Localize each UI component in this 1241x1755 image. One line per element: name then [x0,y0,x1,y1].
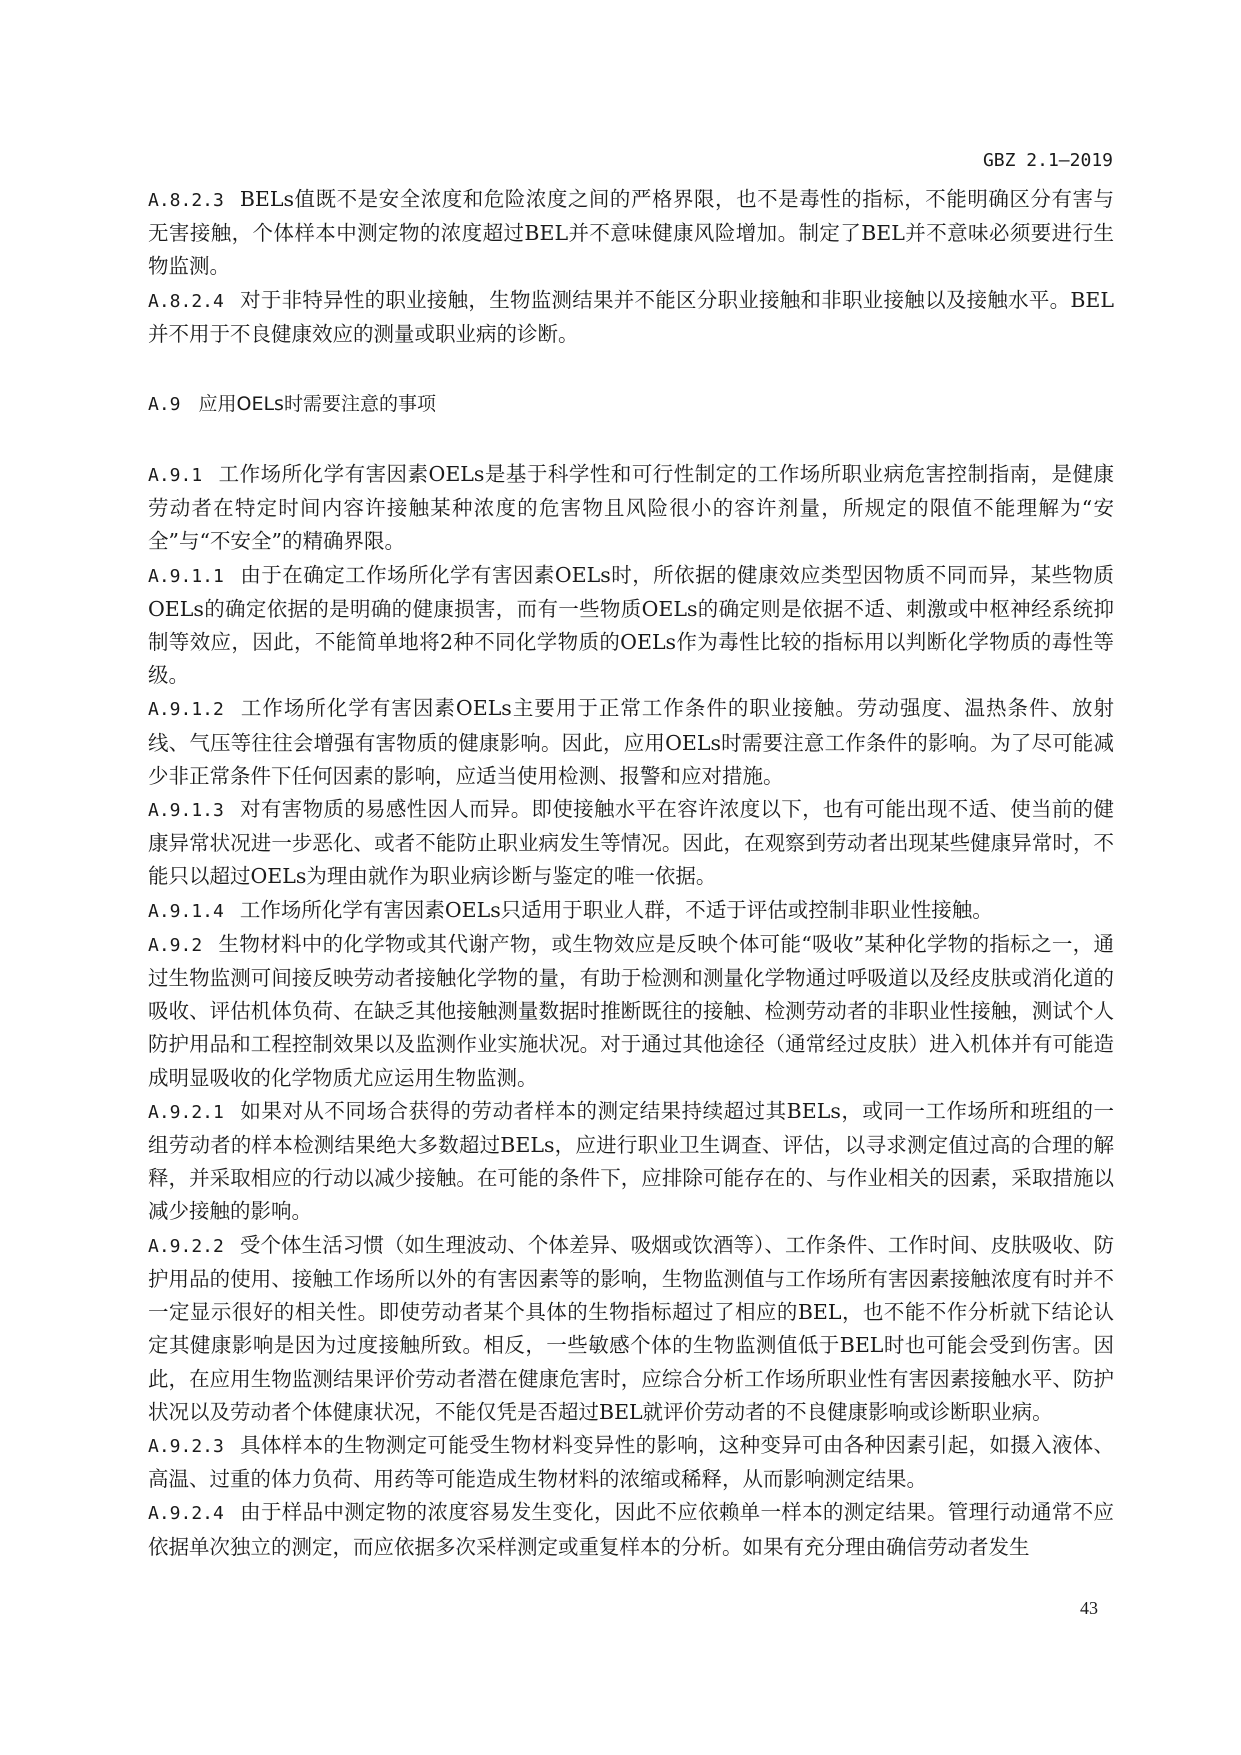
clause-number: A.9.2.4 [148,1503,224,1524]
paragraph-a912: A.9.1.2工作场所化学有害因素OELs主要用于正常工作条件的职业接触。劳动强… [148,692,1114,793]
section-title: 应用OELs时需要注意的事项 [199,393,436,415]
paragraph-a923: A.9.2.3具体样本的生物测定可能受生物材料变异性的影响，这种变异可由各种因素… [148,1429,1114,1496]
clause-number: A.9.2 [148,935,202,956]
clause-text: 具体样本的生物测定可能受生物材料变异性的影响，这种变异可由各种因素引起，如摄入液… [148,1433,1114,1491]
clause-text: 由于样品中测定物的浓度容易发生变化，因此不应依赖单一样本的测定结果。管理行动通常… [148,1500,1114,1558]
clause-number: A.9.1.1 [148,566,224,587]
clause-number: A.9.2.1 [148,1102,224,1123]
paragraph-a913: A.9.1.3对有害物质的易感性因人而异。即使接触水平在容许浓度以下，也有可能出… [148,793,1114,894]
clause-text: 受个体生活习惯（如生理波动、个体差异、吸烟或饮酒等）、工作条件、工作时间、皮肤吸… [148,1233,1114,1424]
clause-number: A.8.2.4 [148,291,224,312]
clause-text: 对于非特异性的职业接触，生物监测结果并不能区分职业接触和非职业接触以及接触水平。… [148,288,1114,346]
clause-number: A.9.1.4 [148,901,224,922]
paragraph-a911: A.9.1.1由于在确定工作场所化学有害因素OELs时，所依据的健康效应类型因物… [148,559,1114,693]
clause-number: A.9.1 [148,465,202,486]
clause-text: 生物材料中的化学物或其代谢产物，或生物效应是反映个体可能“吸收”某种化学物的指标… [148,932,1114,1090]
paragraph-a91: A.9.1工作场所化学有害因素OELs是基于科学性和可行性制定的工作场所职业病危… [148,458,1114,559]
paragraph-a921: A.9.2.1如果对从不同场合获得的劳动者样本的测定结果持续超过其BELs，或同… [148,1095,1114,1229]
clause-number: A.9.1.2 [148,699,224,720]
clause-text: 对有害物质的易感性因人而异。即使接触水平在容许浓度以下，也有可能出现不适、使当前… [148,797,1114,888]
clause-number: A.9.2.3 [148,1436,224,1457]
standard-code-header: GBZ 2.1—2019 [983,150,1113,171]
section-heading: A.9应用OELs时需要注意的事项 [148,388,1114,421]
paragraph-a922: A.9.2.2受个体生活习惯（如生理波动、个体差异、吸烟或饮酒等）、工作条件、工… [148,1229,1114,1429]
page-number: 43 [1080,1598,1098,1619]
paragraph-a824: A.8.2.4对于非特异性的职业接触，生物监测结果并不能区分职业接触和非职业接触… [148,284,1114,351]
clause-text: BELs值既不是安全浓度和危险浓度之间的严格界限，也不是毒性的指标，不能明确区分… [148,187,1114,278]
section-number: A.9 [148,394,181,415]
clause-text: 工作场所化学有害因素OELs主要用于正常工作条件的职业接触。劳动强度、温热条件、… [148,696,1114,787]
clause-number: A.9.2.2 [148,1236,224,1257]
clause-number: A.8.2.3 [148,190,224,211]
clause-text: 工作场所化学有害因素OELs是基于科学性和可行性制定的工作场所职业病危害控制指南… [148,462,1114,553]
clause-number: A.9.1.3 [148,800,224,821]
paragraph-a823: A.8.2.3BELs值既不是安全浓度和危险浓度之间的严格界限，也不是毒性的指标… [148,183,1114,284]
paragraph-a914: A.9.1.4工作场所化学有害因素OELs只适用于职业人群，不适于评估或控制非职… [148,894,1114,928]
paragraph-a92: A.9.2生物材料中的化学物或其代谢产物，或生物效应是反映个体可能“吸收”某种化… [148,928,1114,1095]
paragraph-a924: A.9.2.4由于样品中测定物的浓度容易发生变化，因此不应依赖单一样本的测定结果… [148,1496,1114,1563]
clause-text: 由于在确定工作场所化学有害因素OELs时，所依据的健康效应类型因物质不同而异，某… [148,563,1114,688]
clause-text: 工作场所化学有害因素OELs只适用于职业人群，不适于评估或控制非职业性接触。 [240,898,993,922]
document-body: A.8.2.3BELs值既不是安全浓度和危险浓度之间的严格界限，也不是毒性的指标… [148,183,1114,1564]
clause-text: 如果对从不同场合获得的劳动者样本的测定结果持续超过其BELs，或同一工作场所和班… [148,1099,1114,1224]
